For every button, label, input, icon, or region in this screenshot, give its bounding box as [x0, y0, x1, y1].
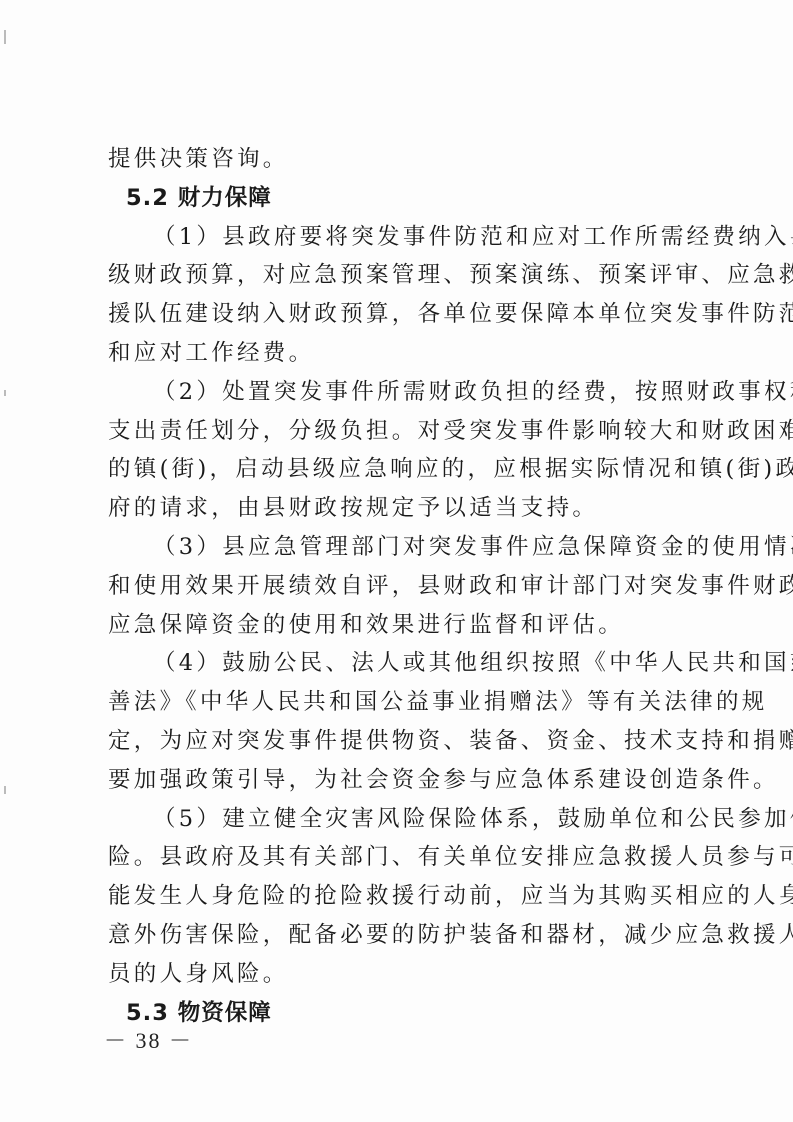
scan-edge-mark: [4, 30, 6, 44]
body-line: 级财政预算，对应急预案管理、预案演练、预案评审、应急救: [108, 256, 701, 295]
section-heading-5-2: 5.2 财力保障: [108, 179, 701, 218]
scan-edge-mark: [4, 390, 6, 396]
body-line: 和使用效果开展绩效自评，县财政和审计部门对突发事件财政: [108, 567, 701, 606]
scan-edge-mark: [4, 786, 6, 794]
document-page: 提供决策咨询。 5.2 财力保障 （1）县政府要将突发事件防范和应对工作所需经费…: [0, 0, 793, 1122]
body-line: 应急保障资金的使用和效果进行监督和评估。: [108, 606, 701, 645]
body-line: 意外伤害保险，配备必要的防护装备和器材，减少应急救援人: [108, 916, 701, 955]
body-line: 支出责任划分，分级负担。对受突发事件影响较大和财政困难: [108, 412, 701, 451]
body-line: 的镇(街)，启动县级应急响应的，应根据实际情况和镇(街)政: [108, 450, 701, 489]
paragraph-4-start: （4）鼓励公民、法人或其他组织按照《中华人民共和国慈: [108, 644, 701, 683]
section-heading-5-3: 5.3 物资保障: [108, 994, 701, 1033]
body-line: 险。县政府及其有关部门、有关单位安排应急救援人员参与可: [108, 838, 701, 877]
paragraph-5-start: （5）建立健全灾害风险保险体系，鼓励单位和公民参加保: [108, 800, 701, 839]
paragraph-1-start: （1）县政府要将突发事件防范和应对工作所需经费纳入县: [108, 218, 701, 257]
body-line: 提供决策咨询。: [108, 140, 701, 179]
paragraph-2-start: （2）处置突发事件所需财政负担的经费，按照财政事权和: [108, 373, 701, 412]
body-line: 定，为应对突发事件提供物资、装备、资金、技术支持和捐赠。: [108, 722, 701, 761]
paragraph-3-start: （3）县应急管理部门对突发事件应急保障资金的使用情况: [108, 528, 701, 567]
body-line: 要加强政策引导，为社会资金参与应急体系建设创造条件。: [108, 761, 701, 800]
body-line: 府的请求，由县财政按规定予以适当支持。: [108, 489, 701, 528]
document-body: 提供决策咨询。 5.2 财力保障 （1）县政府要将突发事件防范和应对工作所需经费…: [108, 140, 701, 1032]
body-line: 援队伍建设纳入财政预算，各单位要保障本单位突发事件防范: [108, 295, 701, 334]
page-number: － 38 －: [104, 1024, 193, 1055]
body-line: 和应对工作经费。: [108, 334, 701, 373]
body-line: 善法》《中华人民共和国公益事业捐赠法》等有关法律的规: [108, 683, 701, 722]
body-line: 员的人身风险。: [108, 955, 701, 994]
body-line: 能发生人身危险的抢险救援行动前，应当为其购买相应的人身: [108, 877, 701, 916]
